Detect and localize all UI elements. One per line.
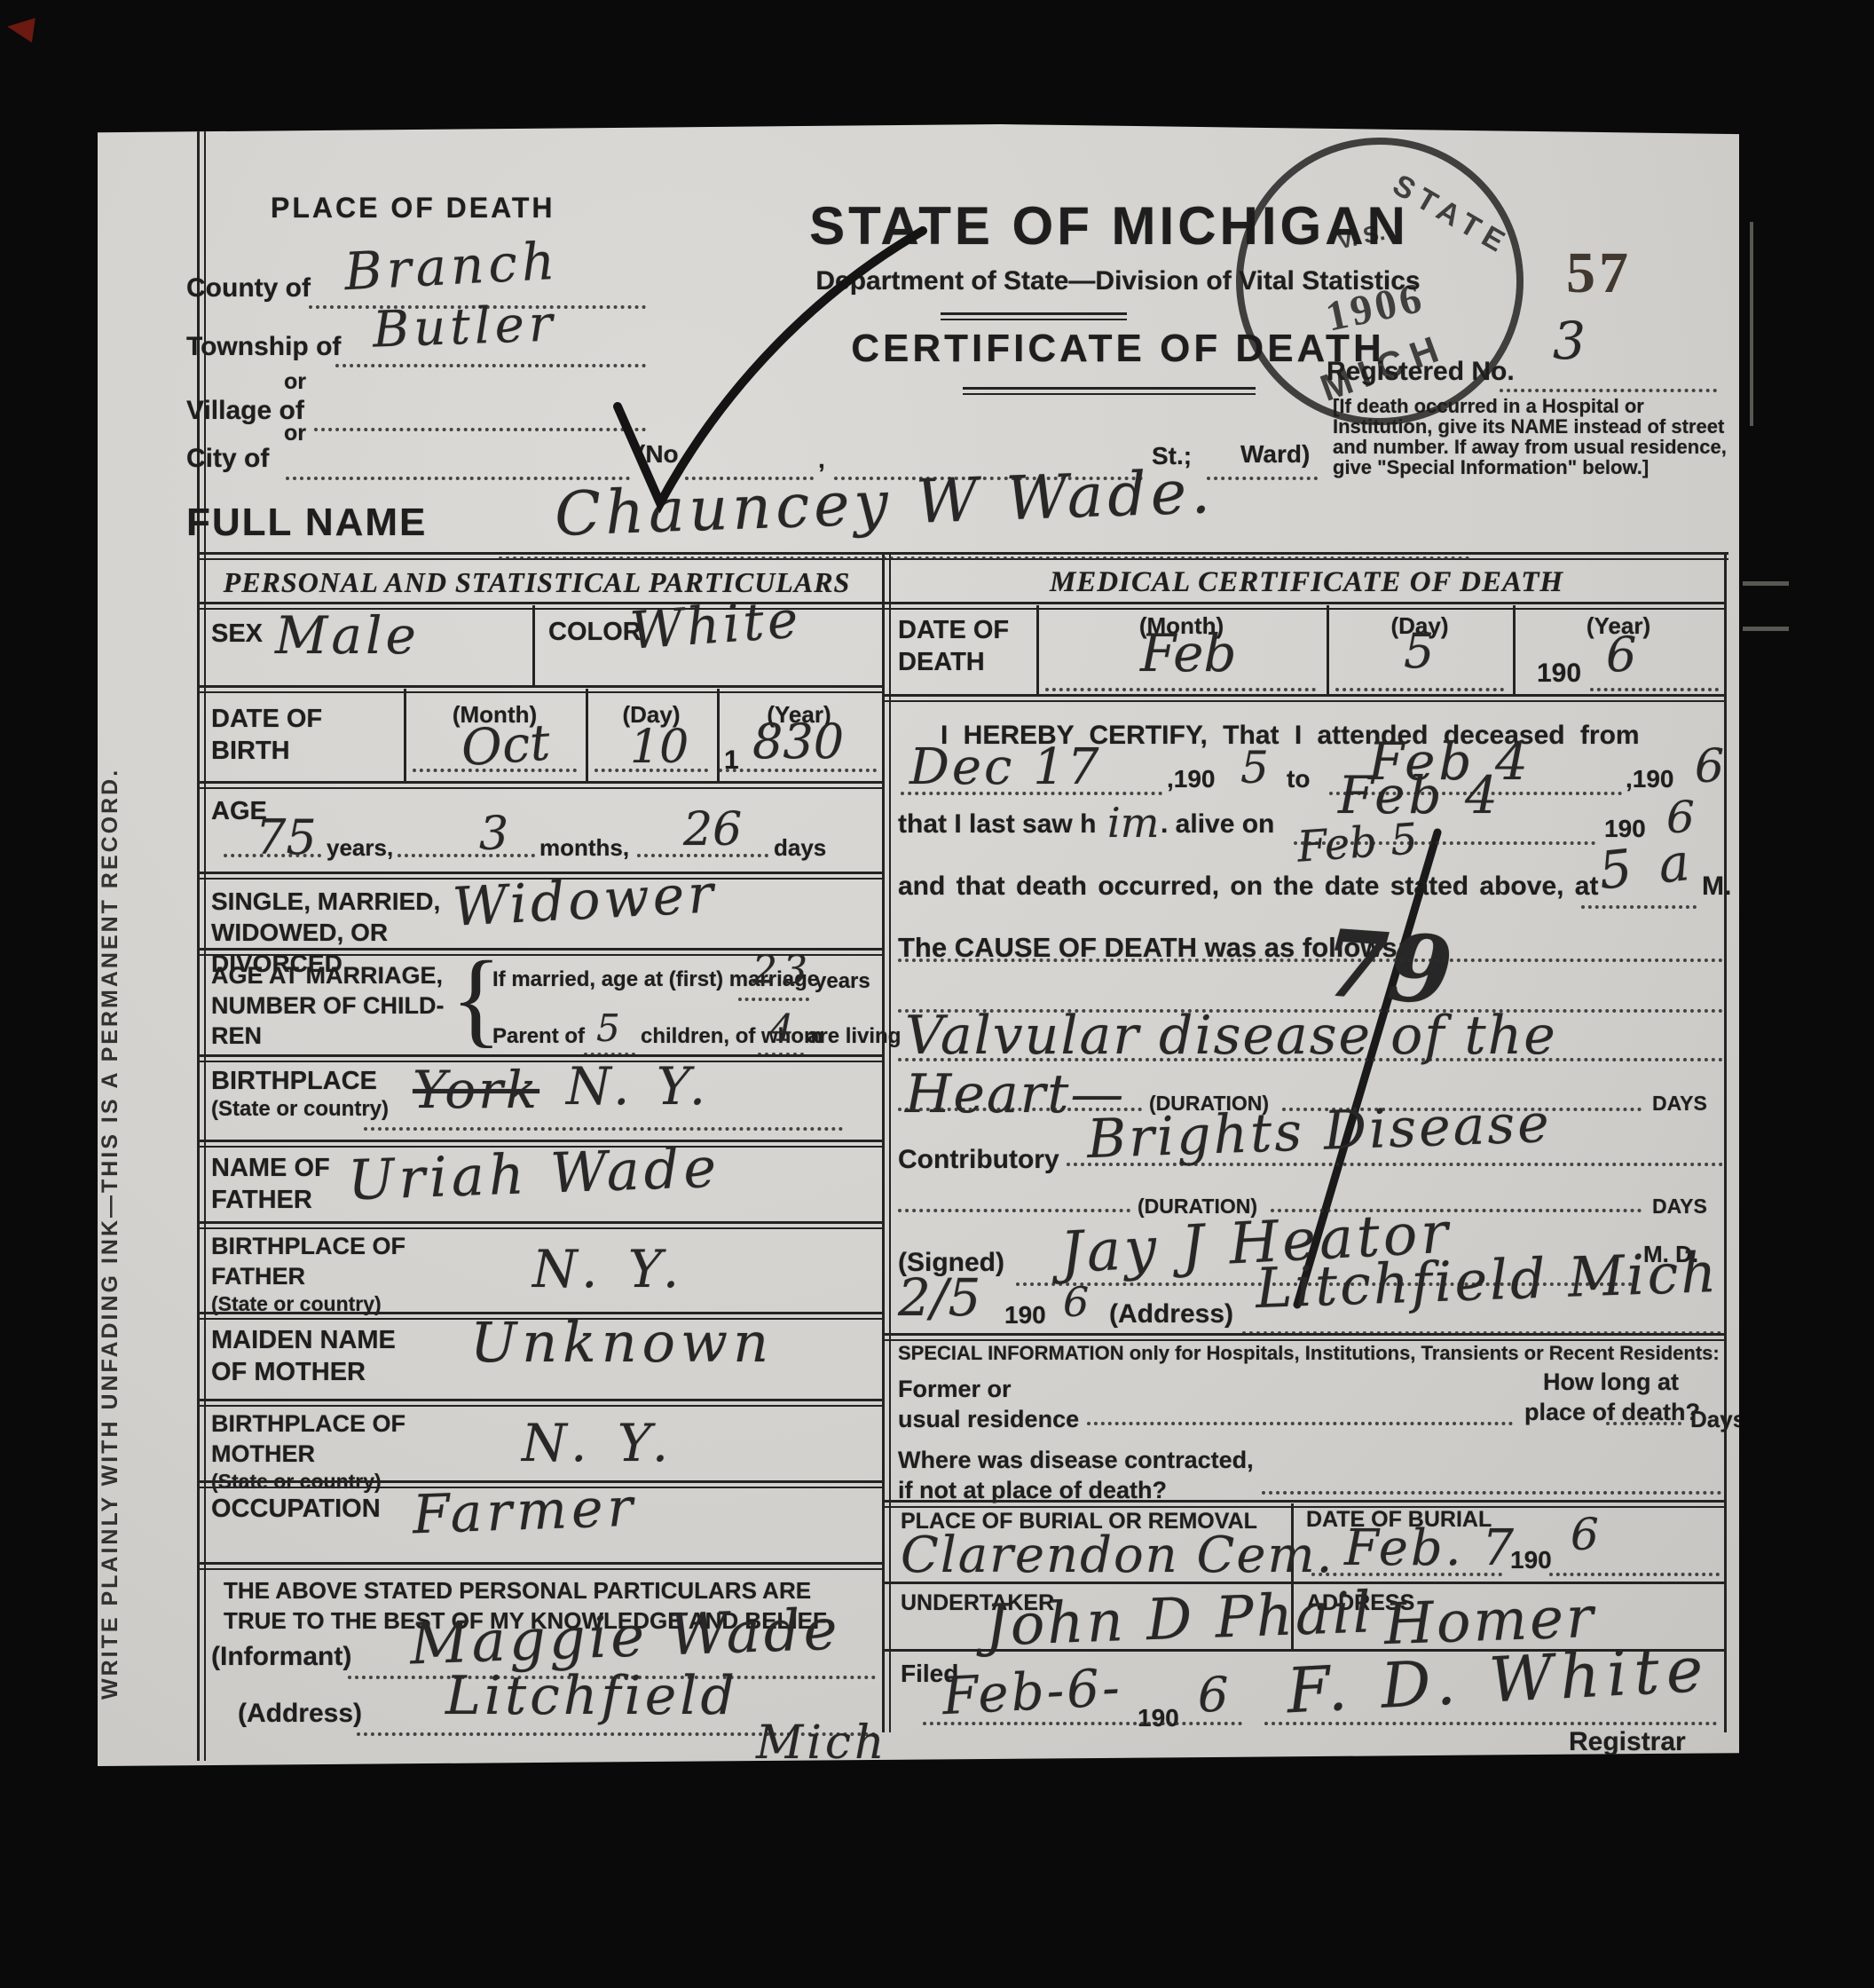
- year-190: ,190: [1626, 765, 1674, 793]
- dod-day-value: 5: [1404, 623, 1434, 679]
- township-label: Township of: [186, 332, 341, 362]
- line: [224, 854, 321, 857]
- howlong-label1: How long at: [1524, 1369, 1697, 1396]
- alive-on-label: . alive on: [1161, 809, 1274, 840]
- undertaker-value: John D Phail: [984, 1580, 1374, 1659]
- rule: [882, 1333, 1726, 1341]
- marital-value: Widower: [451, 863, 718, 938]
- rule: [882, 1500, 1726, 1508]
- line: [398, 854, 535, 857]
- year-190: 190: [1138, 1704, 1179, 1732]
- year-190: 190: [1004, 1301, 1046, 1329]
- hospital-note: [If death occurred in a Hospital or Inst…: [1333, 396, 1728, 477]
- township-line: [335, 364, 646, 367]
- mother-bp-value: N. Y.: [522, 1413, 675, 1473]
- line: [1067, 1163, 1723, 1166]
- stamp-top-text: STATE: [1387, 168, 1516, 262]
- line: [898, 1209, 1130, 1212]
- marriage-label-line1: AGE AT MARRIAGE,: [211, 962, 443, 990]
- birthplace-value-struck: York: [413, 1060, 539, 1120]
- line: [898, 1058, 1723, 1061]
- him-value: im: [1107, 799, 1159, 847]
- rule: [197, 1054, 885, 1062]
- informant-address-label: (Address): [238, 1699, 362, 1729]
- color-value: White: [628, 588, 803, 660]
- line: [1311, 1573, 1502, 1576]
- sign-year-value: 6: [1063, 1278, 1089, 1326]
- ward-line: [1207, 477, 1318, 480]
- line: [1045, 688, 1316, 691]
- full-name-label: FULL NAME: [186, 501, 427, 545]
- days-word: days: [774, 834, 826, 862]
- or-label: or: [284, 369, 306, 395]
- line: [901, 792, 1162, 795]
- children-post: are living: [807, 1024, 901, 1049]
- dob-label: DATE OF BIRTH: [211, 703, 371, 768]
- marriage-label-line2: NUMBER OF CHILD-: [211, 992, 444, 1020]
- attended-from-year: 5: [1240, 742, 1269, 793]
- days-label: DAYS: [1652, 1092, 1707, 1116]
- year-190: ,190: [1167, 765, 1216, 793]
- sign-date-value: 2/5: [898, 1267, 980, 1328]
- burial-place-value: Clarendon Cem.: [901, 1526, 1334, 1584]
- line: [1549, 1573, 1720, 1576]
- special-info-title: SPECIAL INFORMATION only for Hospitals, …: [898, 1342, 1720, 1365]
- dod-year-prefix: 190: [1537, 659, 1581, 689]
- rule: [882, 602, 1726, 610]
- line: [413, 769, 577, 772]
- months-word: months,: [539, 834, 629, 862]
- certificate-underline: [963, 387, 1256, 395]
- form-left-border: [197, 131, 206, 1761]
- department-underline: [941, 312, 1127, 320]
- mother-label: MAIDEN NAME OF MOTHER: [211, 1324, 415, 1389]
- age-months-value: 3: [479, 808, 508, 861]
- sex-label: SEX: [211, 619, 263, 649]
- full-name-line: [499, 556, 1470, 560]
- scan-edge-artifact: [1743, 581, 1789, 586]
- contracted-label1: Where was disease contracted,: [898, 1447, 1254, 1474]
- children-living-value: 4: [770, 1006, 794, 1050]
- color-label: COLOR: [548, 618, 642, 647]
- attended-from-date: Dec 17: [909, 738, 1101, 796]
- rule: [882, 694, 1726, 702]
- children-pre: Parent of: [492, 1024, 585, 1049]
- line: [1606, 1422, 1681, 1425]
- rule: [197, 781, 885, 789]
- stray-date-overwrite: Feb 5: [1295, 814, 1419, 872]
- line: [898, 958, 1723, 962]
- former-residence-label1: Former or: [898, 1376, 1012, 1403]
- informant-label: (Informant): [211, 1642, 351, 1672]
- file-number: 57: [1566, 240, 1632, 307]
- line: [719, 769, 877, 772]
- dod-label: DATE OF DEATH: [898, 614, 1031, 679]
- dod-year-value: 6: [1606, 627, 1636, 682]
- father-bp-value: N. Y.: [532, 1239, 686, 1299]
- birthplace-label: BIRTHPLACE: [211, 1067, 377, 1096]
- red-corner-artifact: [5, 14, 35, 43]
- stamp-small-text: V. S.: [1335, 218, 1387, 255]
- line: [1590, 688, 1719, 691]
- occupation-value: Farmer: [412, 1477, 638, 1547]
- former-residence-label2: usual residence: [898, 1406, 1079, 1433]
- informant-address-value: Litchfield: [445, 1665, 738, 1727]
- township-value: Butler: [372, 295, 558, 359]
- marriage-age-value: 23: [752, 948, 813, 993]
- to-word: to: [1287, 765, 1310, 793]
- registrar-label: Registrar: [1569, 1727, 1686, 1757]
- sign-address-label: (Address): [1109, 1299, 1233, 1329]
- village-line: [314, 428, 646, 431]
- rule: [197, 685, 885, 693]
- medical-section-title: MEDICAL CERTIFICATE OF DEATH: [887, 566, 1726, 599]
- registrar-signature: F. D. White: [1285, 1633, 1712, 1728]
- registered-no-line: [1500, 389, 1717, 392]
- dod-month-value: Feb: [1140, 623, 1237, 683]
- comma: ,: [818, 446, 825, 474]
- line: [1581, 905, 1697, 909]
- registered-no-label: Registered No.: [1327, 357, 1515, 387]
- rule: [197, 1399, 885, 1407]
- line: [1087, 1422, 1513, 1425]
- marriage-label-line3: REN: [211, 1022, 262, 1050]
- marriage-years-word: years: [815, 969, 870, 994]
- line: [1264, 1722, 1717, 1725]
- occupation-label: OCCUPATION: [211, 1495, 381, 1524]
- children-total-value: 5: [596, 1006, 620, 1050]
- father-label: NAME OF FATHER: [211, 1152, 362, 1217]
- stamp-year: 1906: [1322, 274, 1429, 341]
- last-saw-date: Feb 4: [1338, 765, 1501, 825]
- margin-instruction: WRITE PLAINLY WITH UNFADING INK—THIS IS …: [98, 351, 128, 1700]
- m-label: M.: [1702, 872, 1731, 902]
- city-label: City of: [186, 444, 269, 474]
- years-word: years,: [327, 834, 393, 862]
- father-value: Uriah Wade: [347, 1135, 721, 1213]
- death-time-value: 5 a: [1596, 832, 1697, 902]
- year-190: 190: [1510, 1546, 1552, 1574]
- line: [364, 1127, 843, 1131]
- children-mid: children, of whom: [641, 1024, 823, 1049]
- scanned-death-certificate: WRITE PLAINLY WITH UNFADING INK—THIS IS …: [0, 0, 1874, 1988]
- or-label: or: [284, 421, 306, 446]
- mother-value: Unknown: [470, 1310, 774, 1375]
- scan-edge-artifact: [1750, 222, 1753, 426]
- certificate-paper: WRITE PLAINLY WITH UNFADING INK—THIS IS …: [98, 124, 1739, 1766]
- filed-date-value: Feb-6-: [941, 1657, 1123, 1727]
- contributory-label: Contributory: [898, 1145, 1059, 1175]
- burial-year-value: 6: [1571, 1509, 1599, 1560]
- last-saw-pre: that I last saw h: [898, 809, 1096, 840]
- line: [1335, 688, 1504, 691]
- father-bp-label: BIRTHPLACE OF FATHER: [211, 1232, 406, 1292]
- age-days-value: 26: [683, 803, 742, 856]
- death-occurred-text: and that death occurred, on the date sta…: [898, 872, 1598, 902]
- place-of-death-label: PLACE OF DEATH: [271, 192, 555, 225]
- line: [594, 769, 708, 772]
- birthplace-value: N. Y.: [566, 1056, 711, 1116]
- days-label: DAYS: [1652, 1195, 1707, 1219]
- mother-bp-label: BIRTHPLACE OF MOTHER: [211, 1409, 406, 1470]
- line: [738, 998, 809, 1001]
- dob-year-value: 830: [752, 714, 844, 769]
- line: [923, 1722, 1242, 1725]
- burial-date-value: Feb. 7: [1344, 1519, 1516, 1577]
- cell-divider: [532, 605, 535, 685]
- form-right-border: [1724, 552, 1727, 1732]
- dob-day-value: 10: [630, 721, 689, 774]
- scan-edge-artifact: [1743, 627, 1789, 631]
- county-value: Branch: [343, 231, 560, 303]
- days2-label: Days: [1690, 1406, 1745, 1433]
- filed-year-value: 6: [1198, 1667, 1228, 1723]
- rule: [197, 1221, 885, 1229]
- street-no-label: (No: [637, 440, 679, 469]
- informant-address-value2: Mich: [756, 1716, 888, 1770]
- attended-to-year: 6: [1695, 740, 1724, 793]
- county-label: County of: [186, 273, 311, 304]
- line: [1262, 1491, 1721, 1495]
- full-name-value: Chauncey W Wade.: [554, 457, 1216, 550]
- registered-no-value: 3: [1553, 311, 1586, 371]
- sex-value: Male: [275, 605, 420, 666]
- rule: [197, 1562, 885, 1570]
- state-or-country-label: (State or country): [211, 1097, 389, 1122]
